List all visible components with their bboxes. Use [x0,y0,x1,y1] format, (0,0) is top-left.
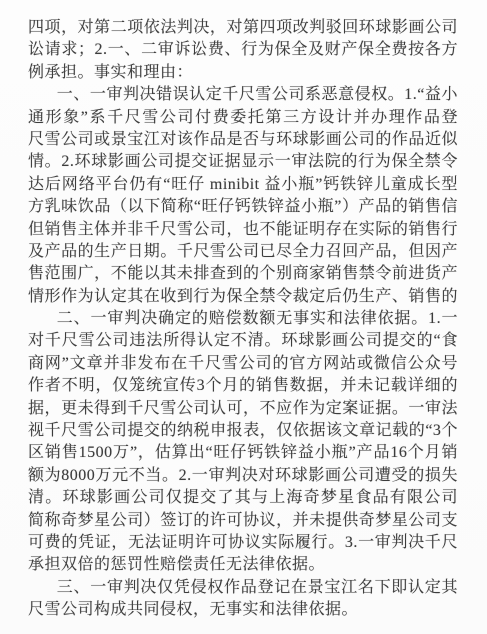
document-line: 简称奇梦星公司）签订的许可协议，并未提供奇梦星公司支付许 [28,510,458,532]
document-line: 但销售主体并非千尺雪公司，也不能证明存在实际的销售行为以 [28,219,458,241]
paragraph-point-two: 二、一审判决确定的赔偿数额无事实和法律依据。1.一审判决 对千尺雪公司违法所得认… [28,308,458,577]
document-line: 方乳味饮品（以下简称“旺仔钙铁锌益小瓶”）产品的销售信息， [28,196,458,218]
document-line: 二、一审判决确定的赔偿数额无事实和法律依据。1.一审判决 [28,308,458,330]
document-line: 一、一审判决错误认定千尺雪公司系恶意侵权。1.“益小瓶卡 [28,84,458,106]
document-line: 情。2.环球影画公司提交证据显示一审法院的行为保全禁令裁定送 [28,151,458,173]
paragraph-point-one: 一、一审判决错误认定千尺雪公司系恶意侵权。1.“益小瓶卡 通形象”系千尺雪公司付… [28,84,458,308]
document-line: 尺雪公司或景宝江对该作品是否与环球影画公司的作品近似不知 [28,129,458,151]
document-line: 四项，对第二项依法判决，对第四项改判驳回环球影画公司的诉 [28,17,458,39]
document-line: 作者不明，仅笼统宣传3个月的销售数据，并未记载详细的销售数 [28,375,458,397]
paragraph-continuation: 四项，对第二项依法判决，对第四项改判驳回环球影画公司的诉 讼请求；2.一、二审诉… [28,17,458,84]
document-line: 区销售1500万”，估算出“旺仔钙铁锌益小瓶”产品16个月销售 [28,442,458,464]
document-line: 额为8000万元不当。2.一审判决对环球影画公司遭受的损失认定不 [28,465,458,487]
document-line: 对千尺雪公司违法所得认定不清。环球影画公司提交的“食品招 [28,330,458,352]
document-text-block: 四项，对第二项依法判决，对第四项改判驳回环球影画公司的诉 讼请求；2.一、二审诉… [28,17,458,622]
document-line: 通形象”系千尺雪公司付费委托第三方设计并办理作品登记，千 [28,107,458,129]
document-line: 视千尺雪公司提交的纳税申报表，仅依据该文章记载的“3个月地 [28,420,458,442]
document-line: 例承担。事实和理由： [28,62,458,84]
document-line: 达后网络平台仍有“旺仔 minibit 益小瓶”钙铁锌儿童成长型配 [28,174,458,196]
document-line: 情形作为认定其在收到行为保全禁令裁定后仍生产、销售的依据。 [28,286,458,308]
document-line: 据，更未得到千尺雪公司认可，不应作为定案证据。一审法院无 [28,398,458,420]
document-line: 售范围广，不能以其未排查到的个别商家销售禁令前进货产品的 [28,263,458,285]
court-document-page: 四项，对第二项依法判决，对第四项改判驳回环球影画公司的诉 讼请求；2.一、二审诉… [0,0,487,634]
document-line: 讼请求；2.一、二审诉讼费、行为保全及财产保全费按各方责任比 [28,39,458,61]
document-line: 承担双倍的惩罚性赔偿责任无法律依据。 [28,554,458,576]
document-line: 尺雪公司构成共同侵权，无事实和法律依据。 [28,599,458,621]
document-line: 三、一审判决仅凭侵权作品登记在景宝江名下即认定其与千 [28,577,458,599]
paragraph-point-three: 三、一审判决仅凭侵权作品登记在景宝江名下即认定其与千 尺雪公司构成共同侵权，无事… [28,577,458,622]
document-line: 商网”文章并非发布在千尺雪公司的官方网站或微信公众号上， [28,353,458,375]
document-line: 清。环球影画公司仅提交了其与上海奇梦星食品有限公司（以下 [28,487,458,509]
document-line: 可费的凭证，无法证明许可协议实际履行。3.一审判决千尺雪公司 [28,532,458,554]
document-line: 及产品的生产日期。千尺雪公司已尽全力召回产品，但因产品销 [28,241,458,263]
